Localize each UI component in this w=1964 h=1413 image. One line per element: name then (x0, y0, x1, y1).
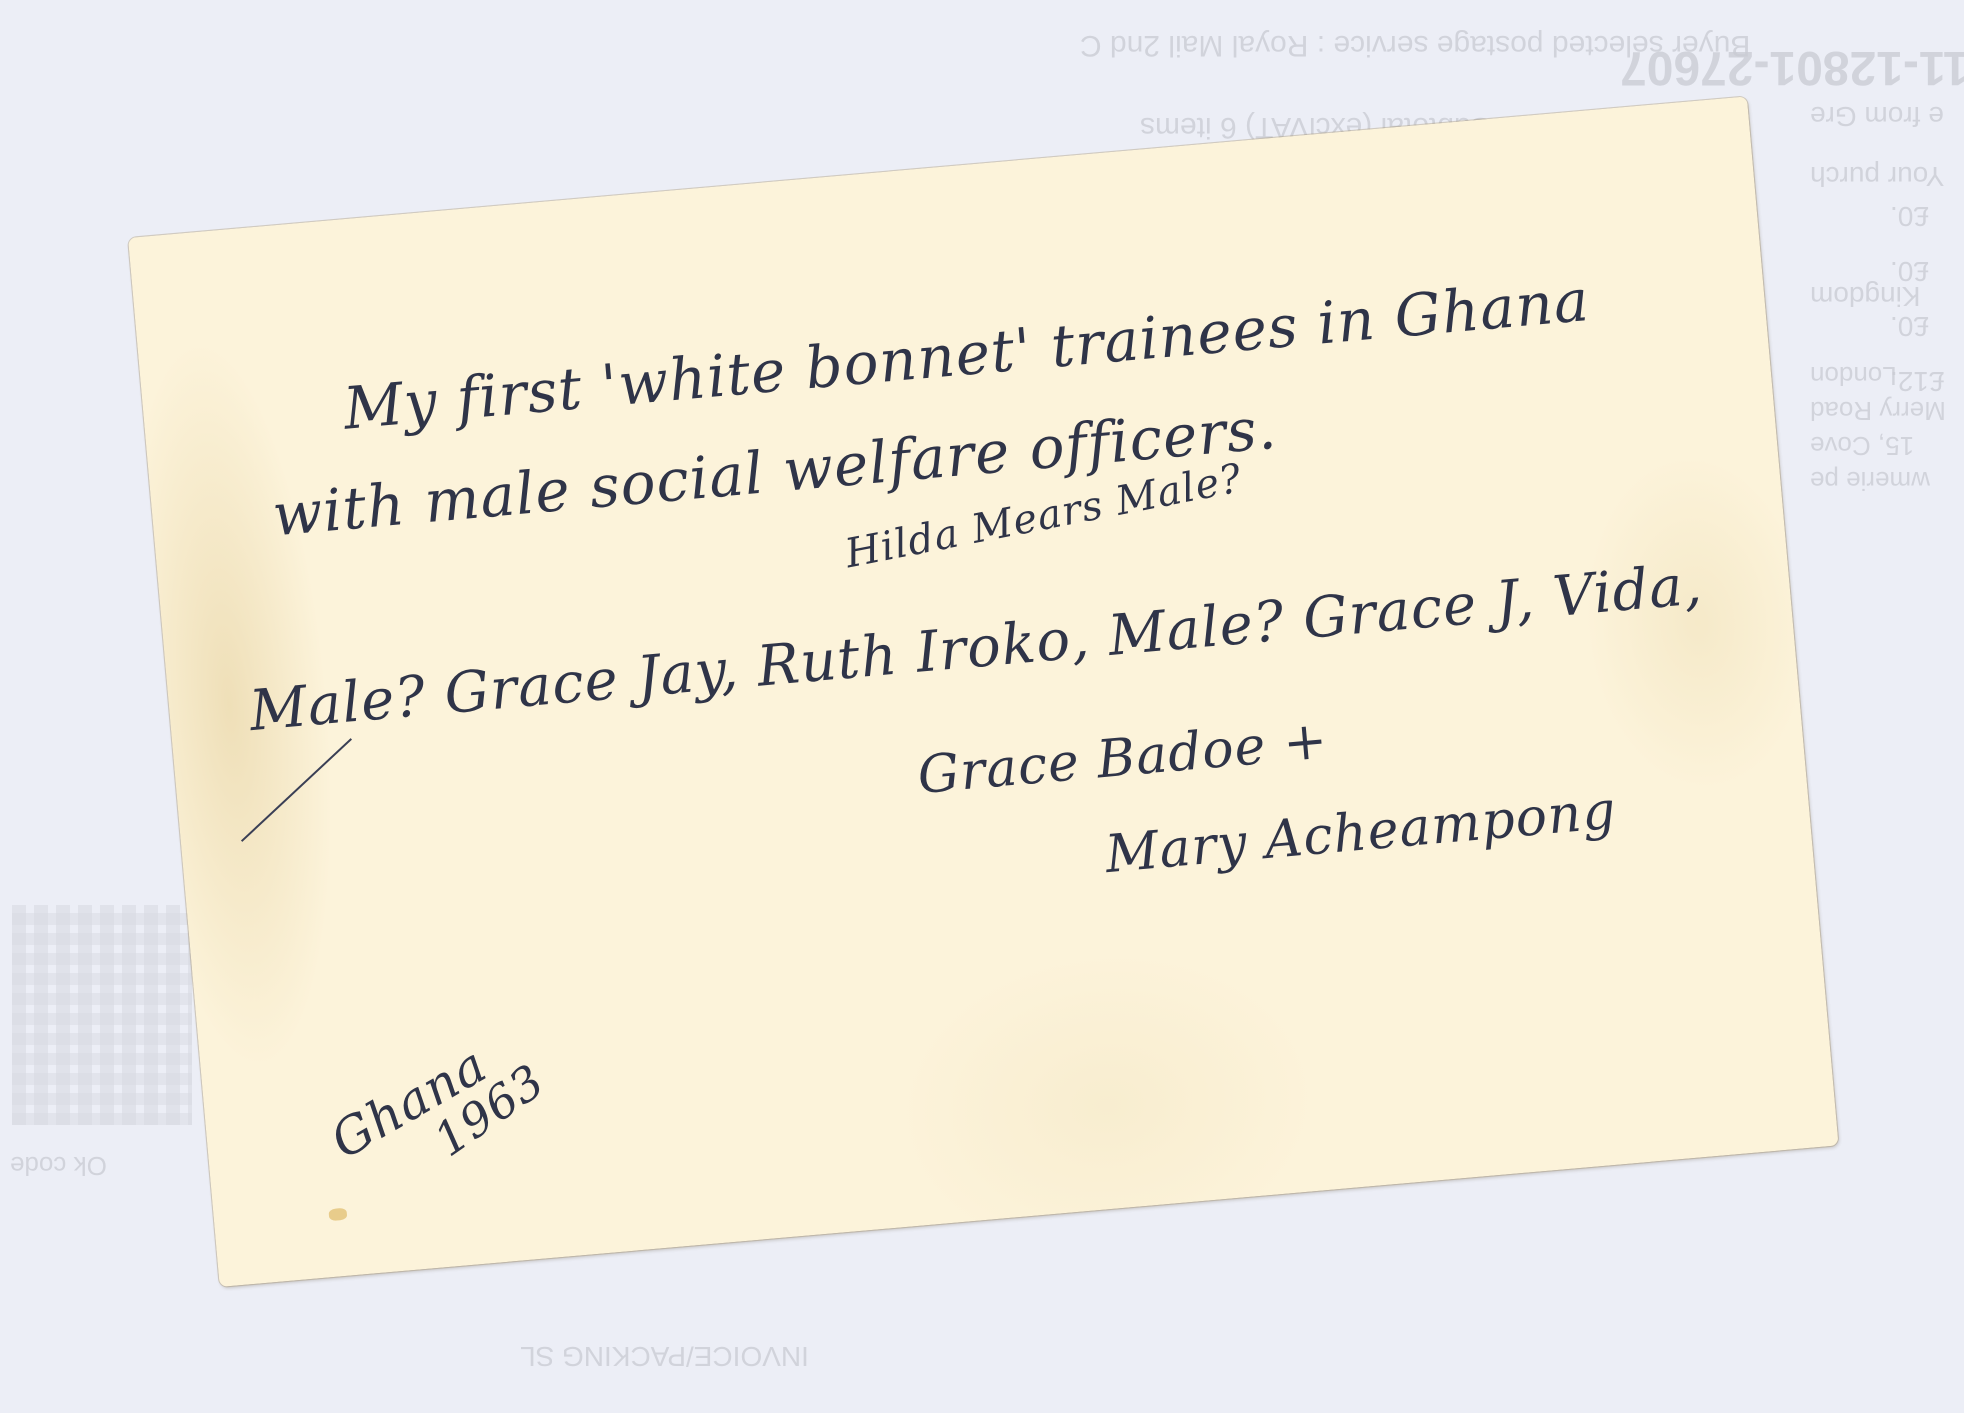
handwritten-line-title: My first 'white bonnet' trainees in Ghan… (341, 266, 1592, 443)
show-through-text: £12. (1890, 365, 1945, 397)
handwritten-line-mary: Mary Acheampong (1103, 781, 1619, 885)
show-through-text: London (1810, 360, 1897, 391)
paper-stain (328, 1208, 347, 1222)
show-through-text: 11-12801-27607 (1620, 40, 1964, 95)
handwritten-line-grace-badoe: Grace Badoe + (915, 710, 1330, 806)
show-through-qr-code (12, 905, 192, 1125)
show-through-text: e from Gre (1810, 100, 1944, 132)
show-through-text: INVOICE/PACKING SL (520, 1340, 809, 1372)
show-through-text: £0. (1890, 200, 1929, 232)
handwritten-line-names: Male? Grace Jay, Ruth Iroko, Male? Grace… (247, 552, 1705, 744)
show-through-text: £0. (1890, 255, 1929, 287)
show-through-text: Merry Road (1810, 395, 1946, 426)
show-through-text: Your purch (1810, 160, 1944, 192)
handwritten-underline (241, 738, 352, 842)
show-through-text: wmerie pe (1810, 465, 1930, 496)
show-through-text: Ok code (10, 1150, 107, 1181)
show-through-text: £0. (1890, 310, 1929, 342)
photo-card-reverse: My first 'white bonnet' trainees in Ghan… (128, 96, 1839, 1287)
show-through-text: 15, Cove (1810, 430, 1914, 461)
